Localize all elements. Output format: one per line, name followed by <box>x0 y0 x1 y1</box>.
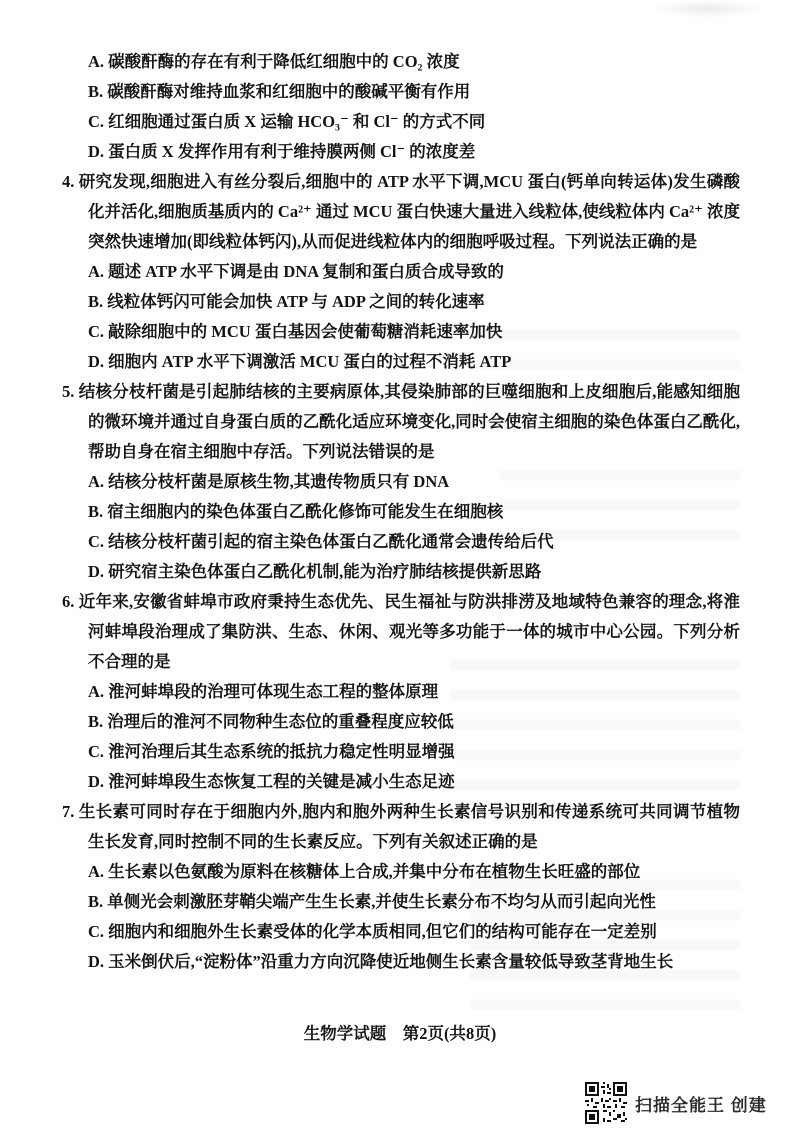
option-b: B. 线粒体钙闪可能会加快 ATP 与 ADP 之间的转化速率 <box>88 287 740 317</box>
question-6: 6. 近年来,安徽省蚌埠市政府秉持生态优先、民生福祉与防洪排涝及地域特色兼容的理… <box>62 587 740 797</box>
option-c: C. 细胞内和细胞外生长素受体的化学本质相同,但它们的结构可能存在一定差别 <box>88 917 740 947</box>
option-d: D. 玉米倒伏后,“淀粉体”沿重力方向沉降使近地侧生长素含量较低导致茎背地生长 <box>88 947 740 977</box>
page-footer: 生物学试题 第2页(共8页) <box>0 1020 800 1044</box>
question-text: 生长素可同时存在于细胞内外,胞内和胞外两种生长素信号识别和传递系统可共同调节植物… <box>79 802 740 851</box>
question-text: 近年来,安徽省蚌埠市政府秉持生态优先、民生福祉与防洪排涝及地域特色兼容的理念,将… <box>79 592 740 671</box>
scan-smudge <box>650 0 765 18</box>
option-a: A. 生长素以色氨酸为原料在核糖体上合成,并集中分布在植物生长旺盛的部位 <box>88 857 740 887</box>
question-7: 7. 生长素可同时存在于细胞内外,胞内和胞外两种生长素信号识别和传递系统可共同调… <box>62 797 740 977</box>
option-c: C. 结核分枝杆菌引起的宿主染色体蛋白乙酰化通常会遗传给后代 <box>88 527 740 557</box>
question-stem: 5. 结核分枝杆菌是引起肺结核的主要病原体,其侵染肺部的巨噬细胞和上皮细胞后,能… <box>62 377 740 467</box>
question-number: 6. <box>62 592 74 611</box>
option-d: D. 细胞内 ATP 水平下调激活 MCU 蛋白的过程不消耗 ATP <box>88 347 740 377</box>
watermark-label: 扫描全能王 创建 <box>635 1091 767 1116</box>
option-d: D. 研究宿主染色体蛋白乙酰化机制,能为治疗肺结核提供新思路 <box>88 557 740 587</box>
option-b: B. 碳酸酐酶对维持血浆和红细胞中的酸碱平衡有作用 <box>88 77 740 107</box>
option-a: A. 碳酸酐酶的存在有利于降低红细胞中的 CO₂ 浓度 <box>88 47 740 77</box>
question-stem: 6. 近年来,安徽省蚌埠市政府秉持生态优先、民生福祉与防洪排涝及地域特色兼容的理… <box>62 587 740 677</box>
question-number: 4. <box>62 172 74 191</box>
camscanner-watermark: 扫描全能王 创建 <box>585 1082 767 1124</box>
exam-page: A. 碳酸酐酶的存在有利于降低红细胞中的 CO₂ 浓度 B. 碳酸酐酶对维持血浆… <box>0 0 800 1132</box>
question-text: 研究发现,细胞进入有丝分裂后,细胞中的 ATP 水平下调,MCU 蛋白(钙单向转… <box>79 172 740 251</box>
option-c: C. 红细胞通过蛋白质 X 运输 HCO₃⁻ 和 Cl⁻ 的方式不同 <box>88 107 740 137</box>
option-d: D. 淮河蚌埠段生态恢复工程的关键是减小生态足迹 <box>88 767 740 797</box>
question-stem: 4. 研究发现,细胞进入有丝分裂后,细胞中的 ATP 水平下调,MCU 蛋白(钙… <box>62 167 740 257</box>
option-c: C. 淮河治理后其生态系统的抵抗力稳定性明显增强 <box>88 737 740 767</box>
question-3-options: A. 碳酸酐酶的存在有利于降低红细胞中的 CO₂ 浓度 B. 碳酸酐酶对维持血浆… <box>62 47 740 167</box>
option-b: B. 治理后的淮河不同物种生态位的重叠程度应较低 <box>88 707 740 737</box>
question-stem: 7. 生长素可同时存在于细胞内外,胞内和胞外两种生长素信号识别和传递系统可共同调… <box>62 797 740 857</box>
option-a: A. 结核分枝杆菌是原核生物,其遗传物质只有 DNA <box>88 467 740 497</box>
question-number: 5. <box>62 382 74 401</box>
option-d: D. 蛋白质 X 发挥作用有利于维持膜两侧 Cl⁻ 的浓度差 <box>88 137 740 167</box>
option-b: B. 宿主细胞内的染色体蛋白乙酰化修饰可能发生在细胞核 <box>88 497 740 527</box>
question-number: 7. <box>62 802 74 821</box>
question-5: 5. 结核分枝杆菌是引起肺结核的主要病原体,其侵染肺部的巨噬细胞和上皮细胞后,能… <box>62 377 740 587</box>
question-text: 结核分枝杆菌是引起肺结核的主要病原体,其侵染肺部的巨噬细胞和上皮细胞后,能感知细… <box>79 382 740 461</box>
option-a: A. 题述 ATP 水平下调是由 DNA 复制和蛋白质合成导致的 <box>88 257 740 287</box>
question-4: 4. 研究发现,细胞进入有丝分裂后,细胞中的 ATP 水平下调,MCU 蛋白(钙… <box>62 167 740 377</box>
option-c: C. 敲除细胞中的 MCU 蛋白基因会使葡萄糖消耗速率加快 <box>88 317 740 347</box>
option-a: A. 淮河蚌埠段的治理可体现生态工程的整体原理 <box>88 677 740 707</box>
exam-body: A. 碳酸酐酶的存在有利于降低红细胞中的 CO₂ 浓度 B. 碳酸酐酶对维持血浆… <box>62 47 740 977</box>
qr-code-icon <box>585 1082 627 1124</box>
option-b: B. 单侧光会刺激胚芽鞘尖端产生生长素,并使生长素分布不均匀从而引起向光性 <box>88 887 740 917</box>
